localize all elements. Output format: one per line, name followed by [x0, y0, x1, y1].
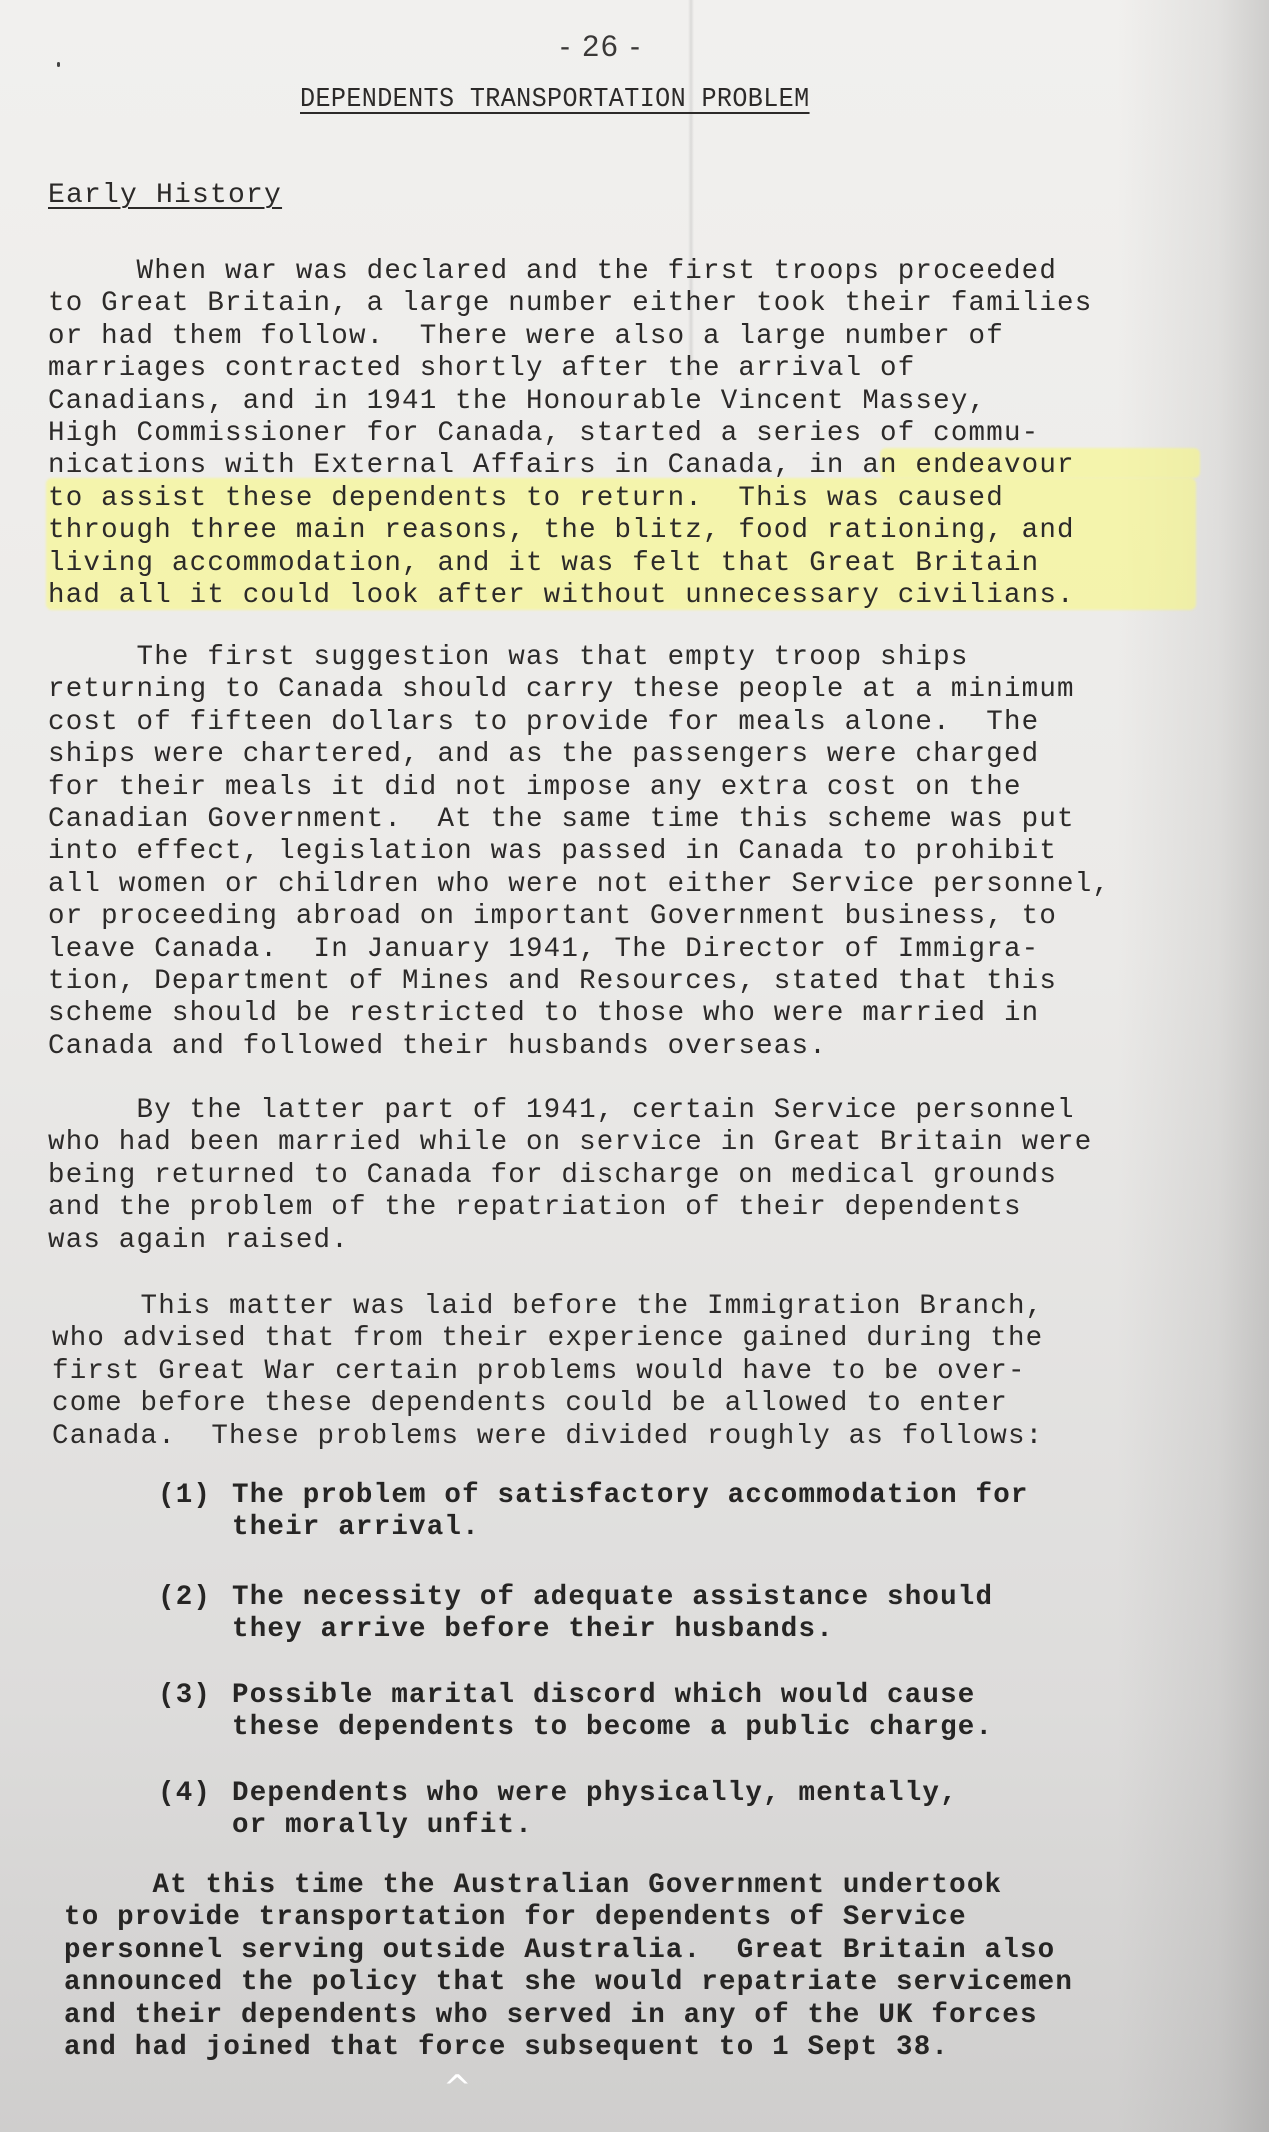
ink-speck	[57, 62, 60, 67]
paragraph-line: to Great Britain, a large number either …	[48, 288, 1092, 320]
paragraph-line: being returned to Canada for discharge o…	[48, 1160, 1057, 1192]
paragraph-line: all women or children who were not eithe…	[48, 869, 1110, 901]
document-title: DEPENDENTS TRANSPORTATION PROBLEM	[300, 84, 810, 116]
paragraph-line: leave Canada. In January 1941, The Direc…	[48, 934, 1039, 966]
list-item-line: The problem of satisfactory accommodatio…	[232, 1480, 1029, 1512]
paragraph-line: Canadian Government. At the same time th…	[48, 804, 1075, 836]
paragraph-line: nications with External Affairs in Canad…	[48, 450, 1075, 482]
list-item-line: Possible marital discord which would cau…	[232, 1680, 976, 1712]
paragraph-line: returning to Canada should carry these p…	[48, 674, 1075, 706]
list-item-line: their arrival.	[232, 1512, 480, 1544]
paragraph-line: When war was declared and the first troo…	[48, 256, 1057, 288]
list-marker: (2)	[158, 1582, 211, 1614]
paragraph-line: Canadians, and in 1941 the Honourable Vi…	[48, 386, 986, 418]
paragraph-line: Canada. These problems were divided roug…	[52, 1421, 1043, 1453]
paragraph-line: through three main reasons, the blitz, f…	[48, 515, 1075, 547]
paragraph-line: marriages contracted shortly after the a…	[48, 353, 915, 385]
paragraph-line: into effect, legislation was passed in C…	[48, 836, 1057, 868]
list-item-line: Dependents who were physically, mentally…	[232, 1778, 958, 1810]
closing-paragraph-line: to provide transportation for dependents…	[64, 1902, 967, 1934]
paragraph-line: Canada and followed their husbands overs…	[48, 1031, 827, 1063]
paragraph-line: had all it could look after without unne…	[48, 580, 1075, 612]
paragraph-line: come before these dependents could be al…	[52, 1388, 1008, 1420]
closing-paragraph-line: personnel serving outside Australia. Gre…	[64, 1935, 1055, 1967]
caret-mark: ^	[443, 2068, 472, 2108]
paragraph-line: and the problem of the repatriation of t…	[48, 1192, 1022, 1224]
paragraph-line: High Commissioner for Canada, started a …	[48, 418, 1039, 450]
list-marker: (1)	[158, 1480, 211, 1512]
list-marker: (3)	[158, 1680, 211, 1712]
paragraph-line: ships were chartered, and as the passeng…	[48, 739, 1039, 771]
closing-paragraph-line: At this time the Australian Government u…	[64, 1870, 1002, 1902]
paragraph-line: By the latter part of 1941, certain Serv…	[48, 1095, 1075, 1127]
page-number: - 26 -	[560, 30, 642, 64]
paragraph-line: tion, Department of Mines and Resources,…	[48, 966, 1057, 998]
closing-paragraph-line: and had joined that force subsequent to …	[64, 2032, 949, 2064]
paragraph-line: was again raised.	[48, 1225, 349, 1257]
list-item-line: or morally unfit.	[232, 1810, 533, 1842]
list-item-line: The necessity of adequate assistance sho…	[232, 1582, 993, 1614]
closing-paragraph-line: and their dependents who served in any o…	[64, 2000, 1038, 2032]
list-marker: (4)	[158, 1778, 211, 1810]
paragraph-line: living accommodation, and it was felt th…	[48, 548, 1039, 580]
paragraph-line: for their meals it did not impose any ex…	[48, 772, 1022, 804]
closing-paragraph-line: announced the policy that she would repa…	[64, 1967, 1073, 1999]
paragraph-line: who had been married while on service in…	[48, 1127, 1092, 1159]
list-item-line: they arrive before their husbands.	[232, 1614, 834, 1646]
paragraph-line: This matter was laid before the Immigrat…	[52, 1291, 1043, 1323]
paragraph-line: who advised that from their experience g…	[52, 1323, 1043, 1355]
paragraph-line: to assist these dependents to return. Th…	[48, 483, 1004, 515]
paragraph-line: scheme should be restricted to those who…	[48, 998, 1039, 1030]
paragraph-line: first Great War certain problems would h…	[52, 1356, 1026, 1388]
section-heading: Early History	[48, 180, 282, 212]
list-item-line: these dependents to become a public char…	[232, 1712, 993, 1744]
paragraph-line: or proceeding abroad on important Govern…	[48, 901, 1057, 933]
paragraph-line: cost of fifteen dollars to provide for m…	[48, 707, 1039, 739]
paragraph-line: The first suggestion was that empty troo…	[48, 642, 969, 674]
paragraph-line: or had them follow. There were also a la…	[48, 321, 1004, 353]
